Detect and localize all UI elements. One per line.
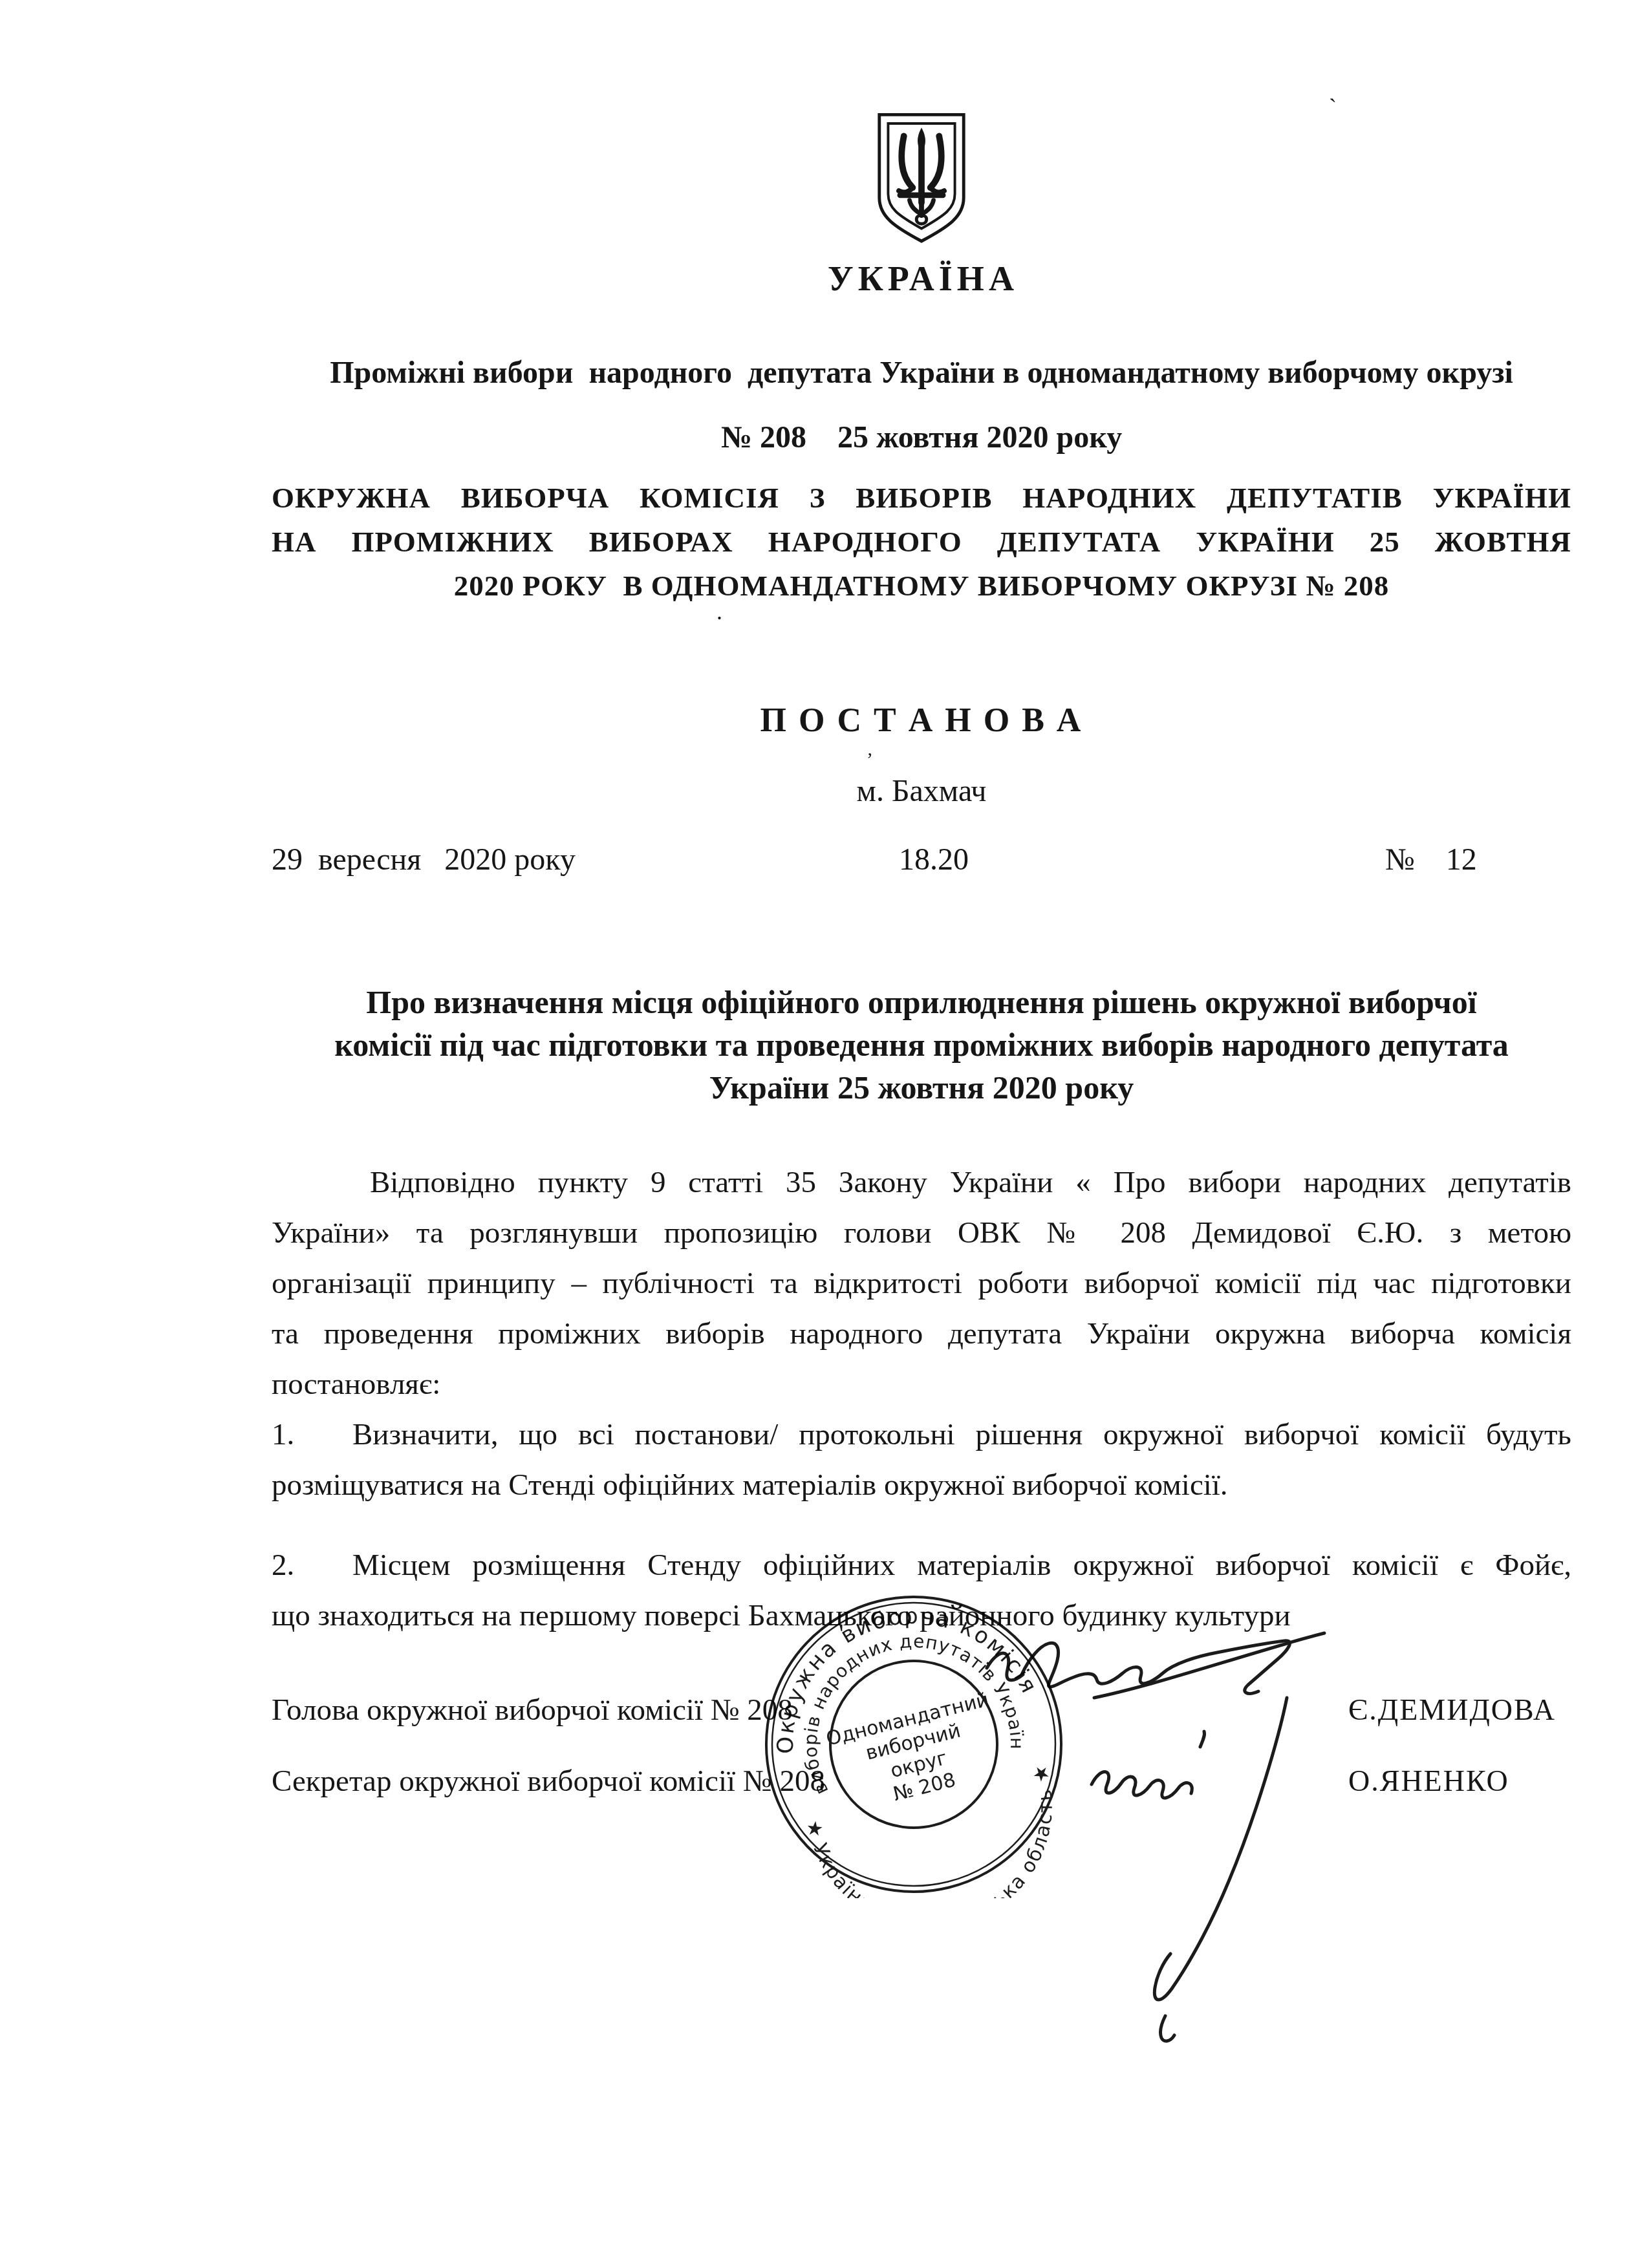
paragraph-line-1: Відповідно пункту 9 статті 35 Закону Укр… bbox=[272, 1164, 1571, 1201]
commission-title-line-2: НА ПРОМІЖНИХ ВИБОРАХ НАРОДНОГО ДЕПУТАТА … bbox=[272, 524, 1571, 560]
paragraph-line-3: організації принципу – публічності та ві… bbox=[272, 1265, 1571, 1302]
trident-icon bbox=[899, 130, 944, 224]
act-number: № 12 bbox=[1385, 842, 1477, 877]
intro-line-1: Проміжні вибори народного депутата Украї… bbox=[272, 354, 1571, 392]
intro-line-2: № 208 25 жовтня 2020 року bbox=[272, 419, 1571, 456]
secretary-signature-label: Секретар окружної виборчої комісії № 208 bbox=[272, 1764, 825, 1799]
commission-title-line-3: 2020 РОКУ В ОДНОМАНДАТНОМУ ВИБОРЧОМУ ОКР… bbox=[272, 568, 1571, 604]
country-label: УКРАЇНА bbox=[828, 259, 1015, 299]
act-time: 18.20 bbox=[899, 842, 969, 877]
act-date: 29 вересня 2020 року bbox=[272, 842, 576, 877]
act-place: м. Бахмач bbox=[272, 773, 1571, 809]
paragraph-line-2: України» та розглянувши пропозицію голов… bbox=[272, 1214, 1571, 1252]
subject-line-2: комісії під час підготовки та проведення… bbox=[272, 1025, 1571, 1064]
head-signature-ink bbox=[987, 1633, 1324, 1698]
paragraph-line-4: та проведення проміжних виборів народног… bbox=[272, 1315, 1571, 1353]
apostrophe-mark: ’ bbox=[867, 749, 873, 771]
item-1-row: 1. Визначити, що всі постанови/ протокол… bbox=[272, 1416, 1571, 1453]
item-2-number: 2. bbox=[272, 1546, 294, 1584]
scan-speck-mark: ` bbox=[1329, 94, 1337, 121]
scan-dot-mark: . bbox=[717, 598, 722, 625]
paragraph-line-5: постановляє: bbox=[272, 1365, 1571, 1403]
item-1-line-1: Визначити, що всі постанови/ протокольні… bbox=[352, 1416, 1571, 1453]
head-signature-name: Є.ДЕМИДОВА bbox=[1348, 1693, 1556, 1727]
head-signature-label: Голова окружної виборчої комісії № 208 bbox=[272, 1693, 793, 1728]
commission-title-line-1: ОКРУЖНА ВИБОРЧА КОМІСІЯ З ВИБОРІВ НАРОДН… bbox=[272, 480, 1571, 516]
act-title: П О С Т А Н О В А bbox=[272, 701, 1571, 740]
coat-of-arms-emblem bbox=[874, 109, 969, 255]
item-1-number: 1. bbox=[272, 1416, 294, 1453]
scanned-resolution-page: ` УКРАЇНА Проміжні вибори народного депу… bbox=[0, 0, 1649, 2268]
item-1-line-2: розміщуватися на Стенді офіційних матері… bbox=[272, 1466, 1571, 1504]
subject-line-1: Про визначення місця офіційного оприлюдн… bbox=[272, 983, 1571, 1022]
handwritten-signatures bbox=[925, 1571, 1377, 2062]
subject-line-3: України 25 жовтня 2020 року bbox=[272, 1068, 1571, 1107]
secretary-signature-ink bbox=[1092, 1698, 1287, 2041]
